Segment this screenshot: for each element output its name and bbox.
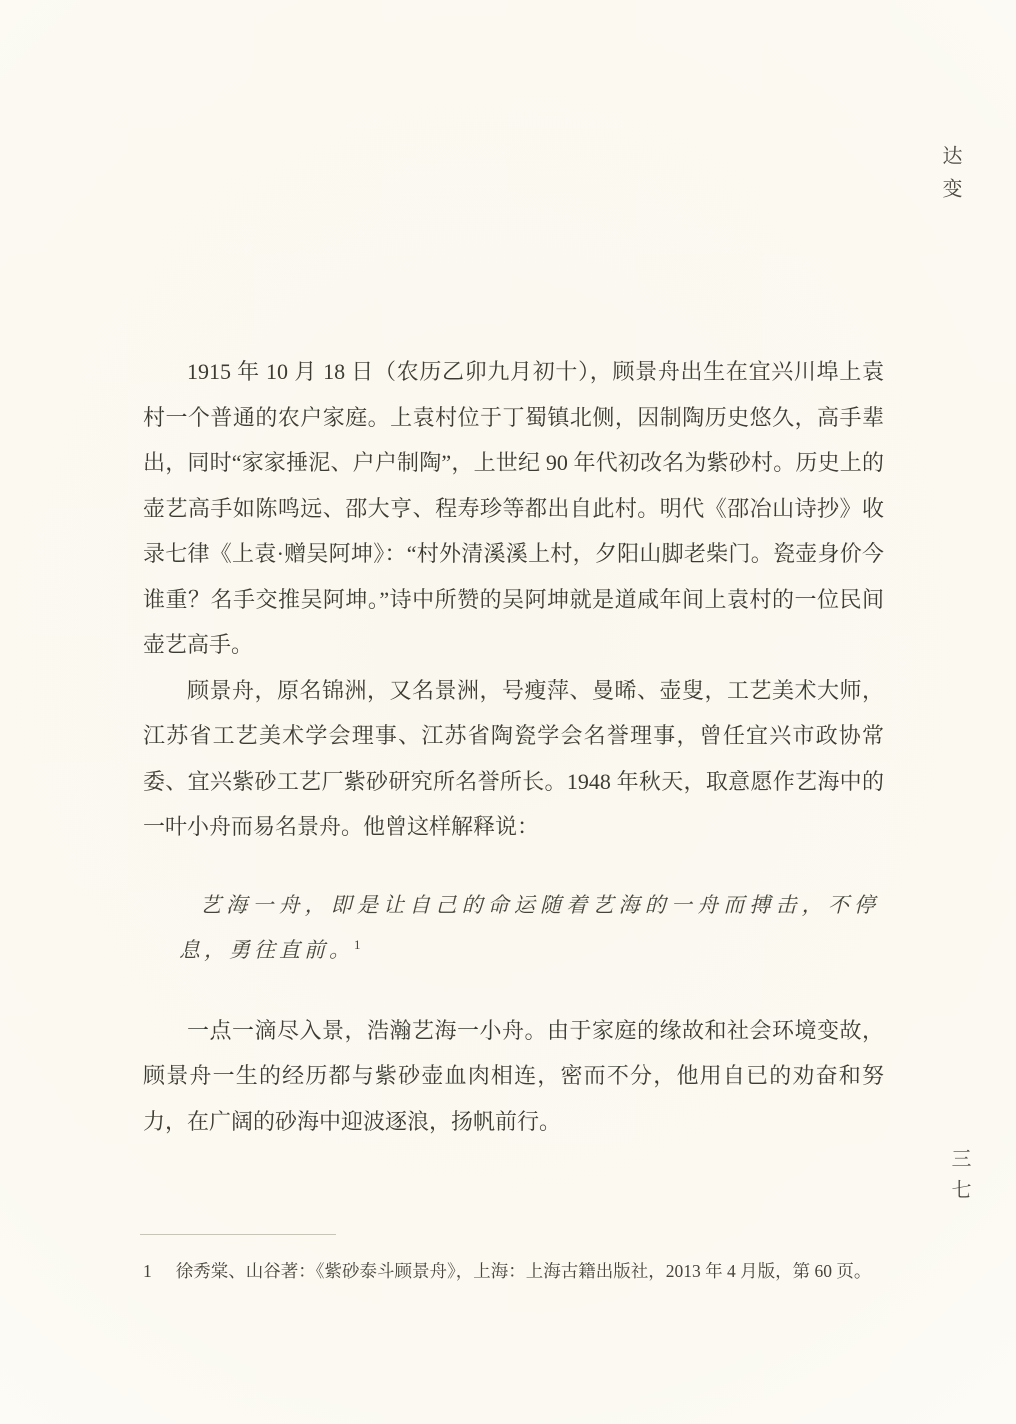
- footnote-number: 1: [143, 1258, 152, 1284]
- main-text-block: 1915 年 10 月 18 日（农历乙卯九月初十），顾景舟出生在宜兴川埠上袁村…: [143, 349, 884, 1144]
- body-paragraph-1: 1915 年 10 月 18 日（农历乙卯九月初十），顾景舟出生在宜兴川埠上袁村…: [143, 349, 884, 668]
- body-paragraph-2: 顾景舟，原名锦洲，又名景洲，号瘦萍、曼晞、壶叟，工艺美术大师，江苏省工艺美术学会…: [143, 668, 884, 850]
- block-quote-text: 艺海一舟，即是让自己的命运随着艺海的一舟而搏击，不停息，勇往直前。: [179, 893, 879, 963]
- scanned-book-page: 达变 1915 年 10 月 18 日（农历乙卯九月初十），顾景舟出生在宜兴川埠…: [0, 0, 1016, 1424]
- running-head-vertical: 达变: [936, 145, 965, 211]
- footnote-reference-mark: 1: [354, 937, 361, 952]
- footnote: 1徐秀棠、山谷著：《紫砂泰斗顾景舟》，上海：上海古籍出版社，2013 年 4 月…: [143, 1258, 883, 1284]
- page-number-vertical: 三七: [945, 1148, 974, 1210]
- footnote-text: 徐秀棠、山谷著：《紫砂泰斗顾景舟》，上海：上海古籍出版社，2013 年 4 月版…: [176, 1261, 872, 1281]
- block-quote: 艺海一舟，即是让自己的命运随着艺海的一舟而搏击，不停息，勇往直前。1: [179, 883, 879, 974]
- footnote-divider-rule: [140, 1234, 336, 1235]
- body-paragraph-3: 一点一滴尽入景，浩瀚艺海一小舟。由于家庭的缘故和社会环境变故，顾景舟一生的经历都…: [143, 1008, 884, 1145]
